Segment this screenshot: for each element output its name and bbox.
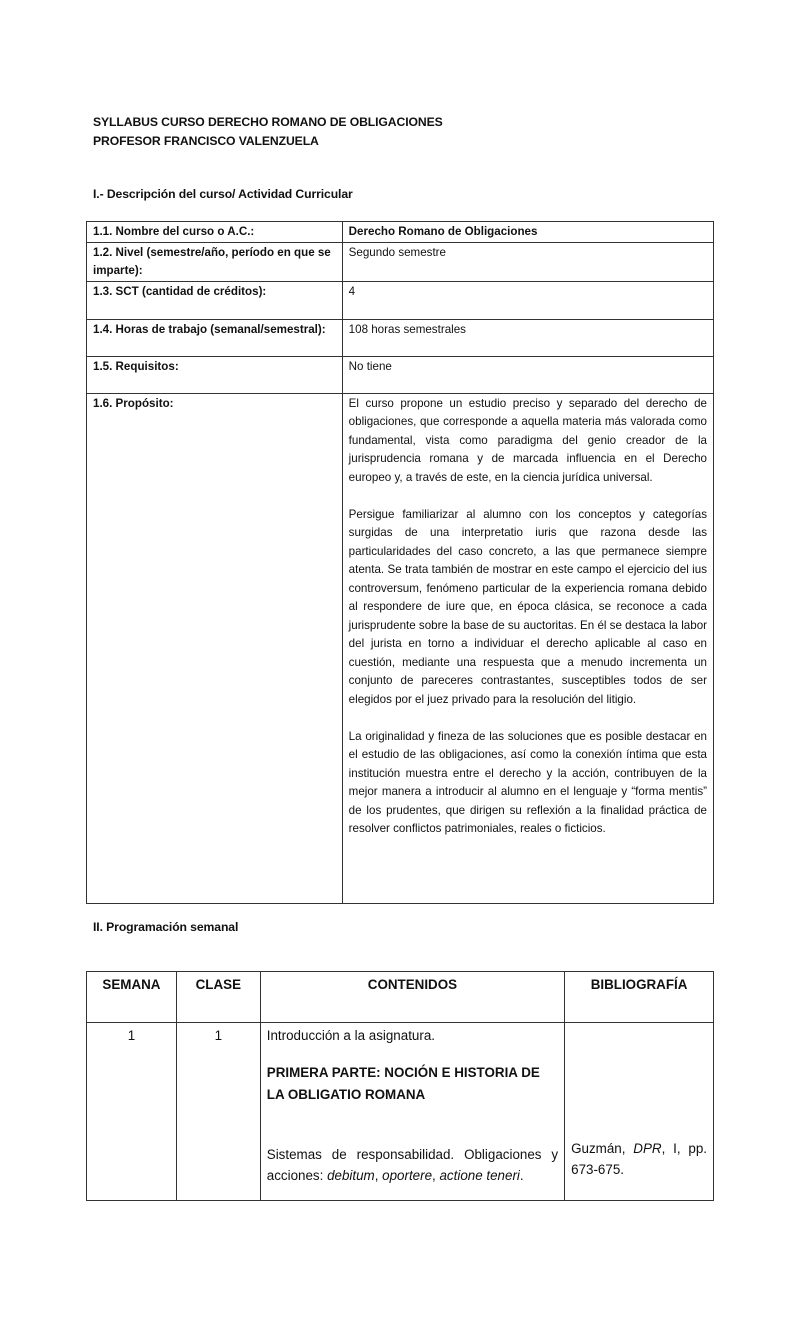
row-label: 1.3. SCT (cantidad de créditos):	[87, 281, 343, 319]
column-header-semana: SEMANA	[87, 972, 177, 1023]
intro-text: Introducción a la asignatura.	[267, 1025, 558, 1046]
bibliography-text: Guzmán, DPR, I, pp. 673-675.	[571, 1138, 707, 1200]
class-cell: 1	[176, 1023, 260, 1201]
credits-value: 4	[342, 281, 713, 319]
course-name-value: Derecho Romano de Obligaciones	[342, 222, 713, 243]
row-label: 1.1. Nombre del curso o A.C.:	[87, 222, 343, 243]
table-row: 1.4. Horas de trabajo (semanal/semestral…	[87, 319, 714, 356]
table-row: 1.5. Requisitos: No tiene	[87, 356, 714, 393]
column-header-bibliografia: BIBLIOGRAFÍA	[565, 972, 714, 1023]
topic-end: .	[520, 1168, 524, 1183]
table-row: 1 1 Introducción a la asignatura. PRIMER…	[87, 1023, 714, 1201]
title-course: SYLLABUS CURSO DERECHO ROMANO DE OBLIGAC…	[93, 113, 443, 132]
topic-text: Sistemas de responsabilidad. Obligacione…	[267, 1144, 558, 1186]
row-label: 1.6. Propósito:	[87, 393, 343, 903]
table-row: 1.2. Nivel (semestre/año, período en que…	[87, 242, 714, 281]
table-row: 1.1. Nombre del curso o A.C.: Derecho Ro…	[87, 222, 714, 243]
course-description-table: 1.1. Nombre del curso o A.C.: Derecho Ro…	[86, 221, 714, 904]
table-header-row: SEMANA CLASE CONTENIDOS BIBLIOGRAFÍA	[87, 972, 714, 1023]
section-heading-description: I.- Descripción del curso/ Actividad Cur…	[93, 187, 353, 201]
document-title: SYLLABUS CURSO DERECHO ROMANO DE OBLIGAC…	[93, 113, 443, 151]
bibliography-cell: Guzmán, DPR, I, pp. 673-675.	[565, 1023, 714, 1201]
bib-author: Guzmán,	[571, 1141, 633, 1156]
hours-value: 108 horas semestrales	[342, 319, 713, 356]
purpose-paragraph: El curso propone un estudio preciso y se…	[349, 395, 707, 488]
table-row: 1.3. SCT (cantidad de créditos): 4	[87, 281, 714, 319]
topic-term: oportere	[382, 1168, 432, 1183]
contents-cell: Introducción a la asignatura. PRIMERA PA…	[260, 1023, 564, 1201]
purpose-paragraph: Persigue familiarizar al alumno con los …	[349, 506, 707, 710]
topic-term: actione teneri	[439, 1168, 519, 1183]
level-value: Segundo semestre	[342, 242, 713, 281]
topic-term: debitum	[327, 1168, 375, 1183]
row-label: 1.2. Nivel (semestre/año, período en que…	[87, 242, 343, 281]
column-header-clase: CLASE	[176, 972, 260, 1023]
bib-work: DPR	[633, 1141, 661, 1156]
column-header-contenidos: CONTENIDOS	[260, 972, 564, 1023]
title-professor: PROFESOR FRANCISCO VALENZUELA	[93, 132, 443, 151]
row-label: 1.4. Horas de trabajo (semanal/semestral…	[87, 319, 343, 356]
part-heading: PRIMERA PARTE: NOCIÓN E HISTORIA DE LA O…	[267, 1062, 558, 1106]
purpose-value: El curso propone un estudio preciso y se…	[342, 393, 713, 903]
row-label: 1.5. Requisitos:	[87, 356, 343, 393]
section-heading-schedule: II. Programación semanal	[93, 920, 238, 934]
week-cell: 1	[87, 1023, 177, 1201]
purpose-paragraph: La originalidad y fineza de las solucion…	[349, 728, 707, 839]
table-row: 1.6. Propósito: El curso propone un estu…	[87, 393, 714, 903]
weekly-schedule-table: SEMANA CLASE CONTENIDOS BIBLIOGRAFÍA 1 1…	[86, 971, 714, 1201]
requirements-value: No tiene	[342, 356, 713, 393]
